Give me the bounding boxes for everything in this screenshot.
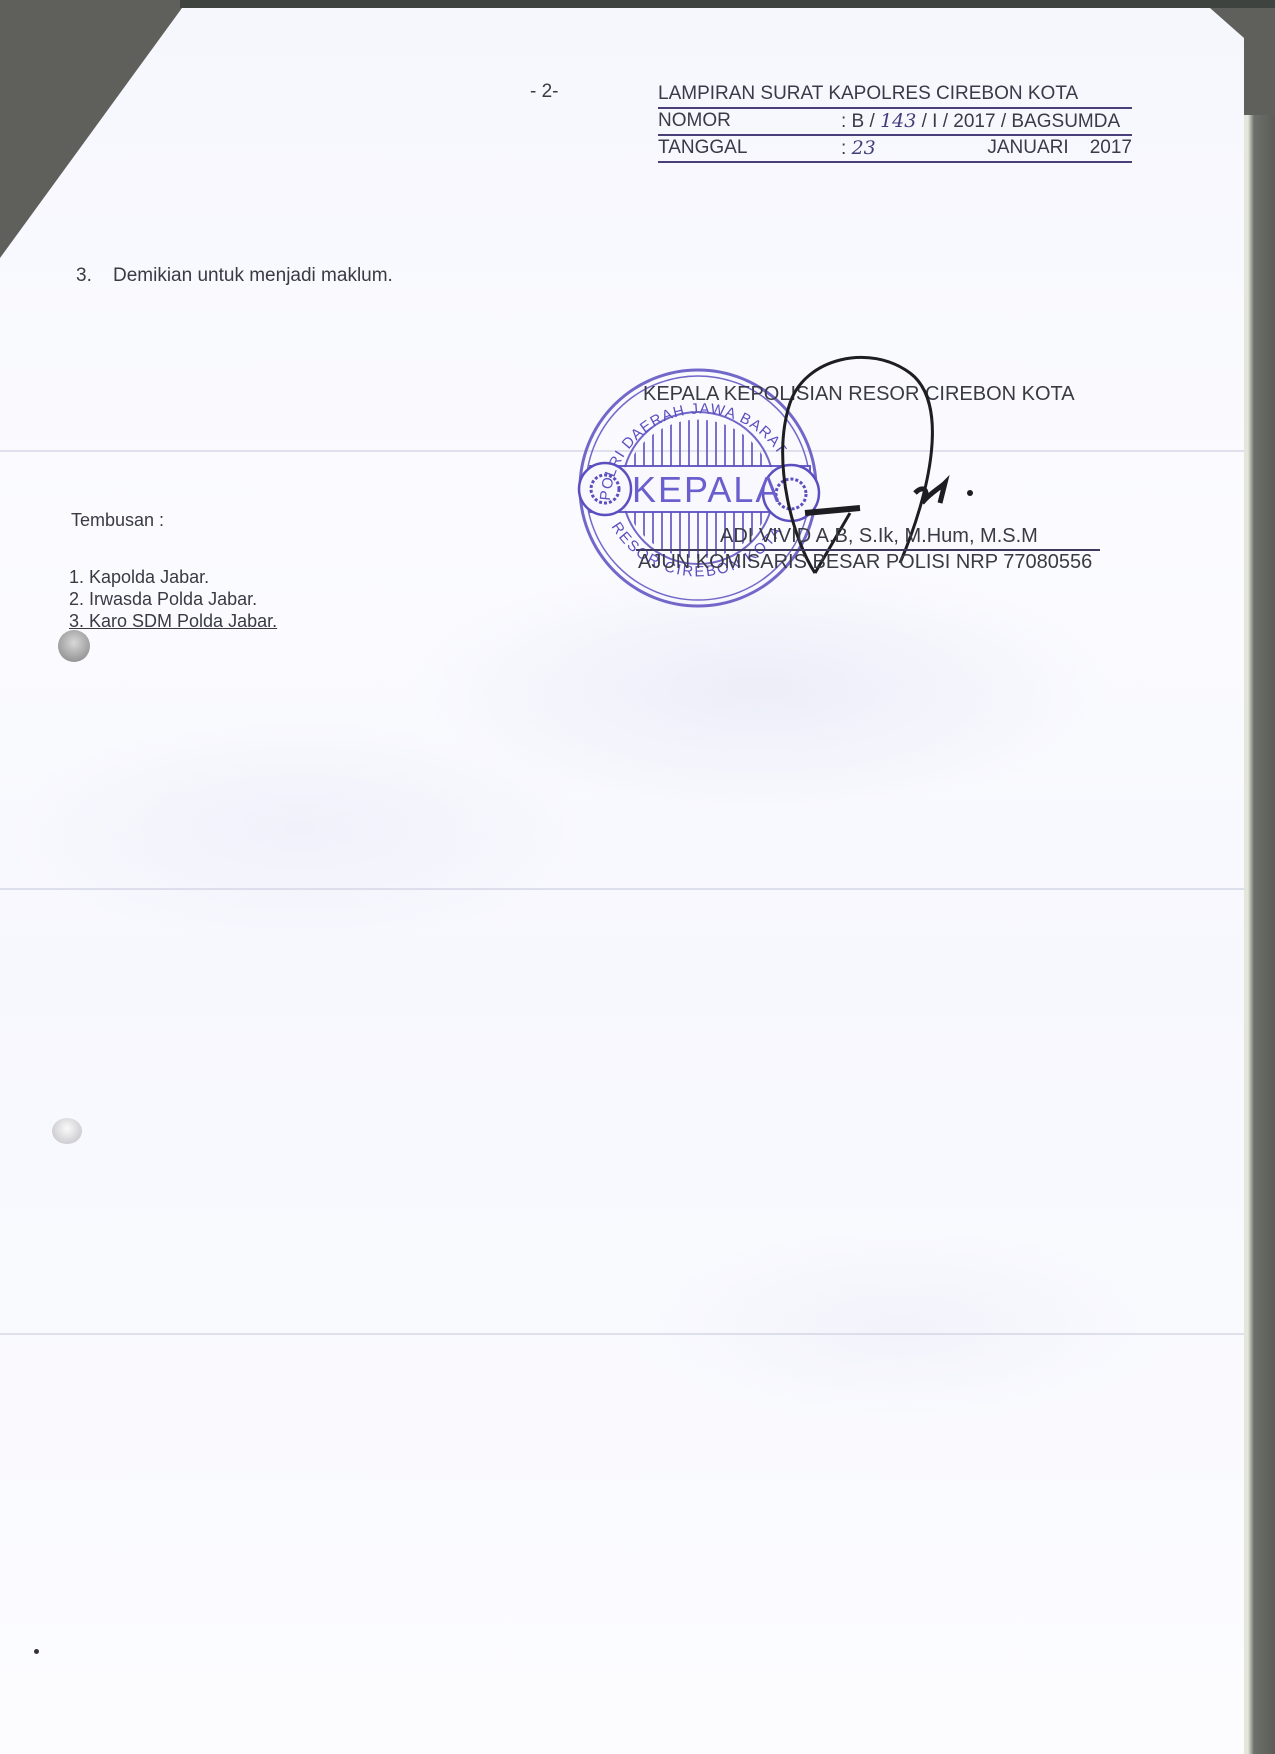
tembusan-item: 1. Kapolda Jabar. [69,566,277,588]
punch-hole [52,1118,82,1144]
punch-hole [58,630,90,662]
nomor-value: : B / 143 / I / 2017 / BAGSUMDA [841,109,1120,134]
scanner-edge-top [180,0,1275,8]
tanggal-value: : 23 [841,136,876,161]
closing-number: 3. [76,265,113,287]
tembusan-label: Tembusan : [71,510,164,531]
tembusan-item: 3. Karo SDM Polda Jabar. [69,610,277,632]
nomor-label: NOMOR [658,109,731,133]
tembusan-item: 2. Irwasda Polda Jabar. [69,588,277,610]
reference-nomor-row: NOMOR : B / 143 / I / 2017 / BAGSUMDA [658,109,1132,136]
reference-title: LAMPIRAN SURAT KAPOLRES CIREBON KOTA [658,82,1078,106]
fold-line [0,888,1244,890]
nomor-suffix: / I / 2017 / BAGSUMDA [922,111,1121,132]
tembusan-list: 1. Kapolda Jabar. 2. Irwasda Polda Jabar… [69,566,277,632]
reference-tanggal-row: TANGGAL : 23 JANUARI 2017 [658,136,1132,163]
nomor-handwritten: 143 [880,110,916,132]
reference-title-row: LAMPIRAN SURAT KAPOLRES CIREBON KOTA [658,82,1132,109]
signatory-rank: AJUN KOMISARIS BESAR POLISI NRP 77080556 [638,551,1092,574]
tanggal-month-year: JANUARI 2017 [987,136,1132,160]
tanggal-prefix: : [841,138,846,159]
fold-line [0,1333,1244,1335]
reference-block: LAMPIRAN SURAT KAPOLRES CIREBON KOTA NOM… [658,82,1132,163]
scan-speck [34,1649,39,1654]
tanggal-handwritten: 23 [852,137,876,159]
closing-text: Demikian untuk menjadi maklum. [113,265,393,286]
signatory-name: ADI VIVID A.B, S.Ik, M.Hum, M.S.M [720,525,1038,548]
document-page: - 2- LAMPIRAN SURAT KAPOLRES CIREBON KOT… [0,8,1244,1754]
closing-paragraph: 3.Demikian untuk menjadi maklum. [76,265,393,287]
tanggal-label: TANGGAL [658,136,747,160]
nomor-prefix: : B / [841,111,875,132]
stamp-center-text: KEPALA [632,469,781,510]
page-number: - 2- [530,81,559,103]
